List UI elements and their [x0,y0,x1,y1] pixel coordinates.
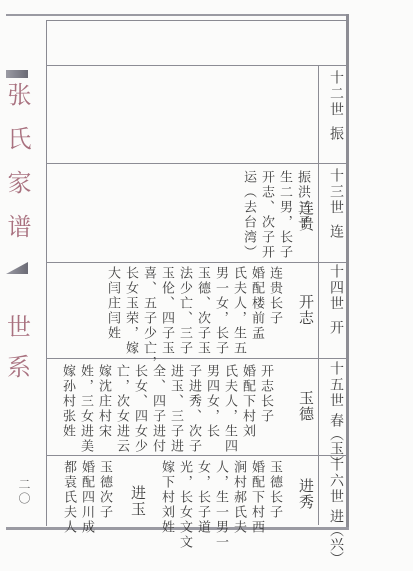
generation-label-14: 十四世 开 [320,264,344,334]
title-bar-top [6,70,28,78]
book-title: 张氏家谱 [4,82,30,258]
generation-column-divider [318,65,319,525]
generation-label-13: 十三世 连 [320,168,344,238]
generation-label-15: 十五世 春（玉） [320,361,344,469]
person-bio: 开志长子 婚配下村刘 氏夫人，生四 男四女，长 子进秀、次子 进玉、三子进 全、… [57,364,273,454]
row-divider [46,65,346,66]
person-name: 进玉 [128,485,149,517]
generation-label-12: 十二世 振 [320,70,344,140]
row-divider [46,455,346,456]
row-divider [46,262,346,263]
person-bio: 玉德次子 婚配四川成 都袁氏夫人 [58,460,112,535]
frame-top-border [6,14,349,16]
row-divider [46,163,346,164]
generation-label-16: 十六世 进（兴） [320,457,344,565]
title-bar-bottom [6,262,28,274]
section-title: 世系 [0,314,35,394]
person-name: 开志 [296,294,317,326]
person-bio: 玉德长子 婚配下村西 涧村郝氏夫 人，生一男一 女，长子道 光，长女文文 嫁下村… [156,460,282,550]
person-bio: 连贵长子 婚配楼前孟 氏夫人，生五 男一女，长子 玉德、次子玉 法少亡、三子 玉… [102,266,282,371]
person-name: 进秀 [296,478,317,510]
person-bio: 振洪三子 生二男，长子 开志、次子开 运（去台湾） [238,170,310,260]
margin-title: 张氏家谱 世系 [4,66,30,426]
person-name: 玉德 [296,390,317,422]
page-number: 二〇 [16,478,33,506]
